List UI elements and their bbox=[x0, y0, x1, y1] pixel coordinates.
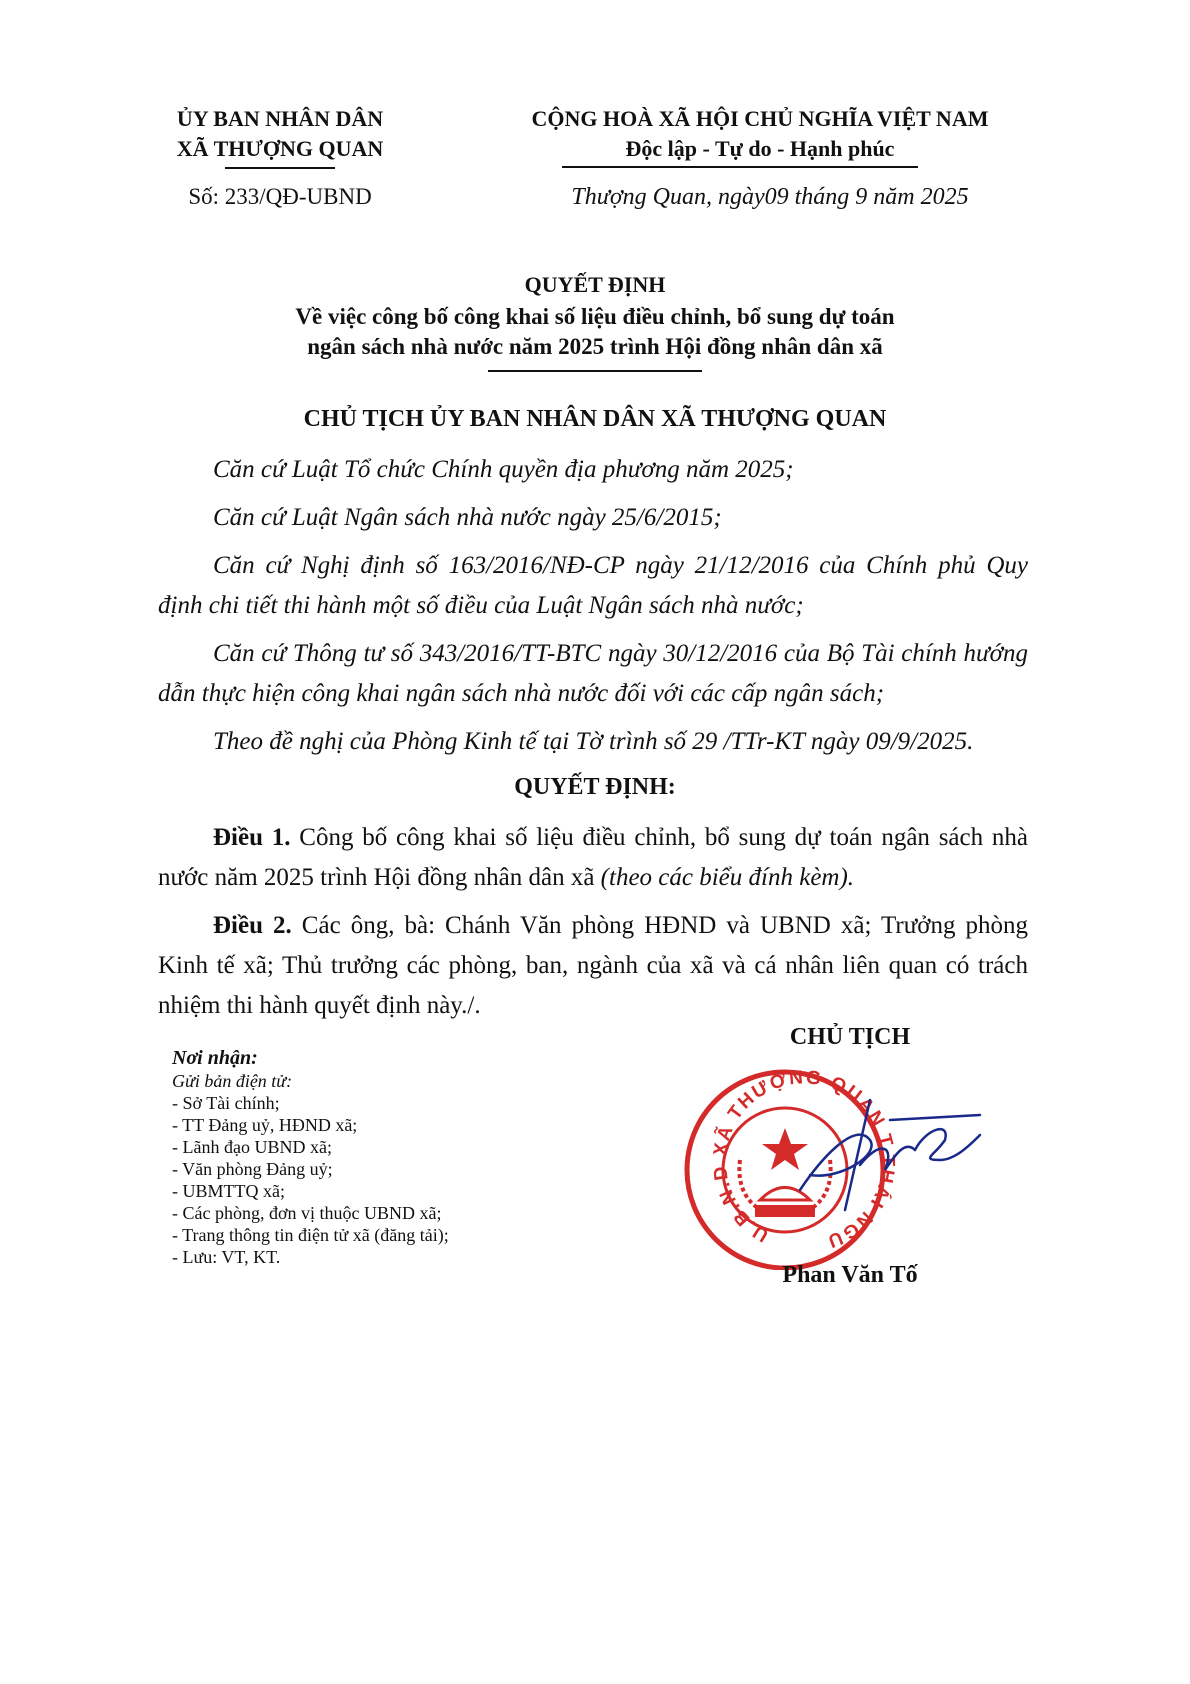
recipient-item: - Lưu: VT, KT. bbox=[172, 1246, 552, 1268]
recipients-list: - Sở Tài chính;- TT Đảng uỷ, HĐND xã;- L… bbox=[172, 1092, 552, 1268]
official-seal-and-signature: U.B.N.D XÃ THƯỢNG QUAN T.THÁI NGUYÊN bbox=[680, 1060, 1010, 1270]
recipient-item: - Lãnh đạo UBND xã; bbox=[172, 1136, 552, 1158]
decision-subject-line2: ngân sách nhà nước năm 2025 trình Hội đồ… bbox=[150, 332, 1040, 362]
recipient-item: - UBMTTQ xã; bbox=[172, 1180, 552, 1202]
articles: Điều 1. Công bố công khai số liệu điều c… bbox=[158, 818, 1028, 1026]
article-note: (theo các biểu đính kèm). bbox=[601, 864, 854, 891]
basis-item: Căn cứ Luật Tổ chức Chính quyền địa phươ… bbox=[158, 450, 1028, 490]
motto-underline bbox=[562, 166, 918, 168]
basis-item: Theo đề nghị của Phòng Kinh tế tại Tờ tr… bbox=[158, 722, 1028, 762]
recipient-item: - Sở Tài chính; bbox=[172, 1092, 552, 1114]
article-label: Điều 1. bbox=[213, 824, 291, 851]
decision-heading: QUYẾT ĐỊNH: bbox=[150, 774, 1040, 801]
issuing-authority: CHỦ TỊCH ỦY BAN NHÂN DÂN XÃ THƯỢNG QUAN bbox=[150, 406, 1040, 433]
agency-underline bbox=[225, 167, 335, 169]
national-motto: Độc lập - Tự do - Hạnh phúc bbox=[480, 134, 1040, 164]
recipient-item: - Văn phòng Đảng uỷ; bbox=[172, 1158, 552, 1180]
article-2: Điều 2. Các ông, bà: Chánh Văn phòng HĐN… bbox=[158, 906, 1028, 1026]
recipient-item: - Các phòng, đơn vị thuộc UBND xã; bbox=[172, 1202, 552, 1224]
recipient-item: - Trang thông tin điện tử xã (đăng tải); bbox=[172, 1224, 552, 1246]
country-name: CỘNG HOÀ XÃ HỘI CHỦ NGHĨA VIỆT NAM bbox=[480, 104, 1040, 134]
recipient-item: - TT Đảng uỷ, HĐND xã; bbox=[172, 1114, 552, 1136]
official-seal-icon: U.B.N.D XÃ THƯỢNG QUAN T.THÁI NGUYÊN bbox=[680, 1060, 898, 1268]
document-number: Số: 233/QĐ-UBND bbox=[150, 184, 410, 210]
basis-item: Căn cứ Thông tư số 343/2016/TT-BTC ngày … bbox=[158, 634, 1028, 714]
agency-name-line1: ỦY BAN NHÂN DÂN bbox=[150, 104, 410, 134]
legal-bases: Căn cứ Luật Tổ chức Chính quyền địa phươ… bbox=[158, 450, 1028, 762]
recipients-subheading: Gửi bản điện tử: bbox=[172, 1070, 552, 1092]
signer-position: CHỦ TỊCH bbox=[700, 1024, 1000, 1051]
basis-item: Căn cứ Luật Ngân sách nhà nước ngày 25/6… bbox=[158, 498, 1028, 538]
article-1: Điều 1. Công bố công khai số liệu điều c… bbox=[158, 818, 1028, 898]
recipients-heading: Nơi nhận: bbox=[172, 1046, 552, 1070]
title-underline bbox=[488, 370, 702, 372]
agency-name-line2: XÃ THƯỢNG QUAN bbox=[150, 134, 410, 164]
signer-name: Phan Văn Tố bbox=[700, 1262, 1000, 1289]
basis-item: Căn cứ Nghị định số 163/2016/NĐ-CP ngày … bbox=[158, 546, 1028, 626]
article-label: Điều 2. bbox=[213, 912, 292, 939]
place-and-date: Thượng Quan, ngày09 tháng 9 năm 2025 bbox=[480, 184, 1060, 211]
recipients-block: Nơi nhận: Gửi bản điện tử: - Sở Tài chín… bbox=[172, 1046, 552, 1268]
decision-title: QUYẾT ĐỊNH bbox=[150, 270, 1040, 300]
decision-subject-line1: Về việc công bố công khai số liệu điều c… bbox=[150, 302, 1040, 332]
